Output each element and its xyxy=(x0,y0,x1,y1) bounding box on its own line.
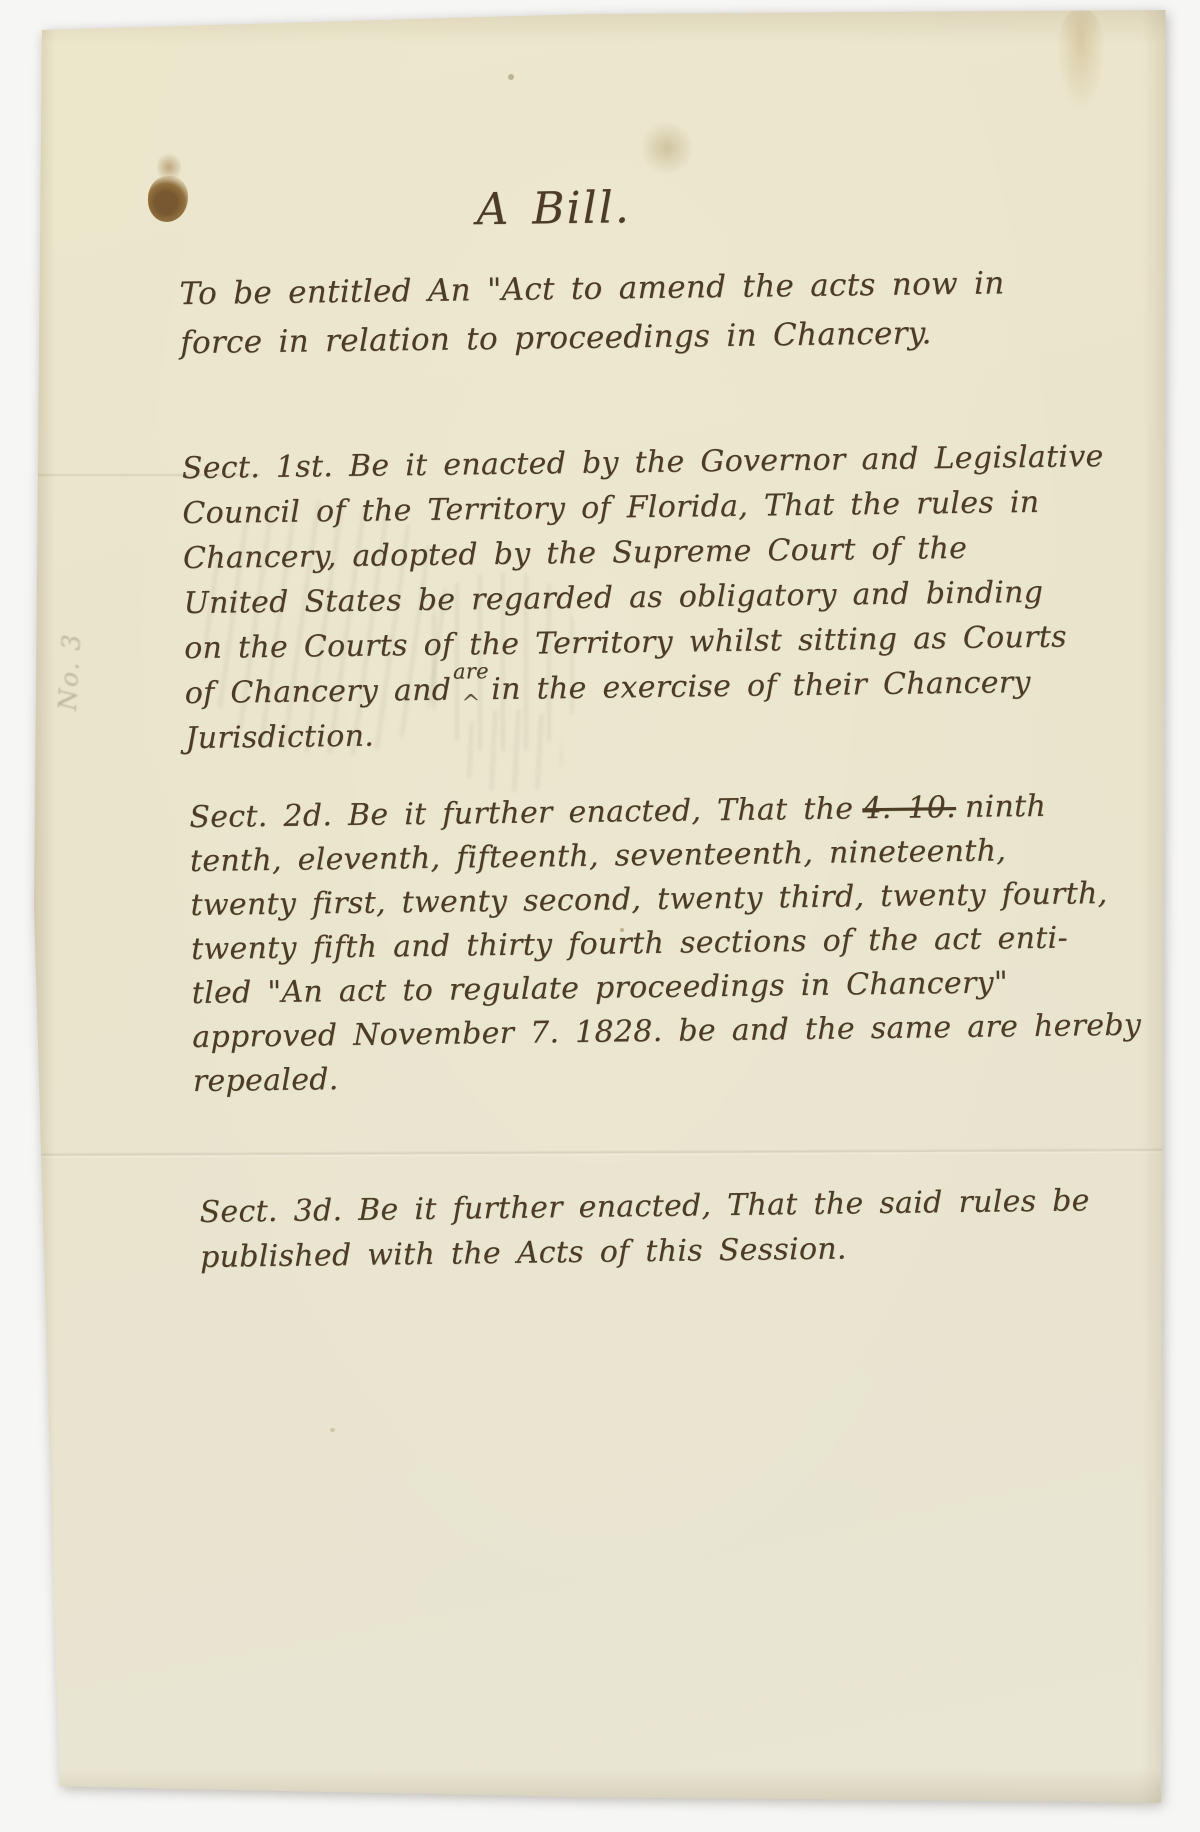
caret-mark: ^ xyxy=(461,682,481,727)
manuscript-line: force in relation to proceedings in Chan… xyxy=(180,308,1006,368)
bill-caption: To be entitled An "Act to amend the acts… xyxy=(179,259,1005,368)
line-text: of Chancery and xyxy=(185,673,452,711)
scan-background: A Bill. To be entitled An "Act to amend … xyxy=(0,0,1200,1832)
interlinear-insertion: are^ xyxy=(451,669,491,700)
document-title: A Bill. xyxy=(476,182,631,235)
line-text: Sect. 2d. Be it further enacted, That th… xyxy=(189,791,853,835)
manuscript-page: A Bill. To be entitled An "Act to amend … xyxy=(30,8,1170,1808)
section-2: Sect. 2d. Be it further enacted, That th… xyxy=(189,784,1142,1104)
line-text: ninth xyxy=(965,789,1047,825)
handwritten-content: A Bill. To be entitled An "Act to amend … xyxy=(26,0,1189,1810)
margin-pencil-note: No. 3 xyxy=(53,632,86,712)
section-3: Sect. 3d. Be it further enacted, That th… xyxy=(199,1178,1090,1280)
section-1: Sect. 1st. Be it enacted by the Governor… xyxy=(182,434,1108,761)
struck-out-text: 4. 10. xyxy=(862,790,956,826)
line-text: in the exercise of their Chancery xyxy=(491,665,1031,707)
